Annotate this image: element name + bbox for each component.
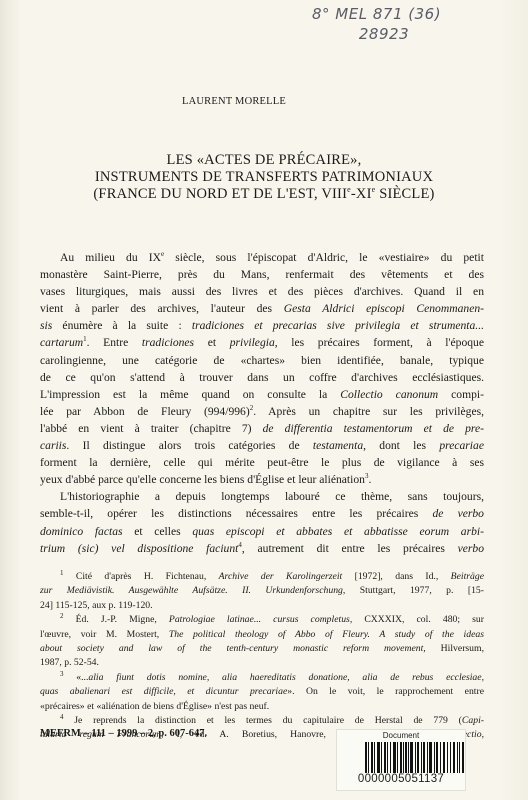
italic-text: quas abalienari est difficile, et dicunt… [40, 686, 287, 697]
italic-text: testamenta [313, 439, 363, 452]
italic-text: Patrologiae latinae... cursus completus [169, 614, 350, 625]
italic-text: dominico factas [40, 525, 123, 538]
author-name: LAURENT MORELLE [182, 96, 286, 107]
text-span: L'impression est la même quand on consul… [40, 388, 340, 401]
text-span: . Après un chapitre sur les privilèges, [253, 405, 484, 418]
text-line: L'historiographie a depuis longtemps lab… [40, 488, 484, 505]
body-text: Au milieu du IXe siècle, sous l'épiscopa… [40, 249, 484, 557]
italic-text: de differentia testamentorum et de pre- [263, 422, 484, 435]
title-line-1: LES «ACTES DE PRÉCAIRE», [60, 152, 468, 169]
italic-text: precariae [439, 439, 484, 452]
text-span: énumère à la suite : [52, 319, 192, 332]
barcode-number: 0000005051137 [337, 773, 465, 785]
text-line: l'abbé en vient à traiter (chapitre 7) d… [40, 420, 484, 437]
text-span: l'œuvre, voir M. Mostert, The political … [40, 628, 484, 642]
text-span: compi- [438, 388, 484, 401]
text-span: Éd. J.-P. Migne, [76, 614, 169, 625]
text-line: semble-t-il, opérer les distinctions néc… [40, 505, 484, 522]
italic-text: tradiciones [142, 336, 194, 349]
text-line: carolingienne, une catégorie de «chartes… [40, 352, 484, 369]
italic-text: tradiciones et precarias sive privilegia… [192, 319, 484, 332]
text-span: l'œuvre, voir M. Mostert, [40, 629, 169, 640]
text-span: (FRANCE DU NORD ET DE L'EST, VIII [93, 186, 347, 202]
text-span: quas abalienari est difficile, et dicunt… [40, 685, 484, 699]
italic-text: sis [40, 319, 52, 332]
text-span: , dont les [363, 439, 439, 452]
text-line: cariis. Il distingue alors trois catégor… [40, 437, 484, 454]
text-span: zur Mediävistik. Ausgewählte Aufsätze. I… [40, 584, 484, 598]
text-span: vient à parler des archives, l'auteur de… [40, 302, 284, 315]
text-line: trium (sic) vel dispositione faciunt4, a… [40, 540, 484, 557]
text-span: , autrement dit entre les précaires [242, 542, 458, 555]
italic-text: Beiträge [451, 571, 484, 582]
text-span: «... [76, 672, 88, 683]
superscript: 3 [60, 670, 64, 678]
italic-text: trium (sic) vel dispositione faciunt [40, 542, 238, 555]
title-line-3: (FRANCE DU NORD ET DE L'EST, VIIIe-XIe S… [60, 186, 468, 203]
text-span: . [368, 473, 371, 486]
scanned-page: 8° MEL 871 (36) 28923 LAURENT MORELLE LE… [0, 0, 528, 800]
text-line: yeux d'abbé parce qu'elle concerne les b… [40, 471, 484, 488]
italic-text: verbo [458, 542, 484, 555]
italic-text: Archive der Karolingerzeit [219, 571, 343, 582]
text-span: 4 Je reprends la distinction et les term… [40, 714, 484, 728]
journal-reference: MEFRM – 111 – 1999 – 2, p. 607-647. [40, 728, 207, 739]
superscript: 2 [60, 612, 64, 620]
text-span: Au milieu du IX [60, 251, 161, 264]
italic-text: cariis [40, 439, 66, 452]
italic-text: alia fiunt dotis nomine, alia haereditat… [88, 672, 484, 683]
text-span: siècle, sous l'épiscopat d'Aldric, le «v… [164, 251, 484, 264]
italic-text: cartarum [40, 336, 83, 349]
superscript: 4 [60, 713, 64, 721]
italic-text: Collectio canonum [340, 388, 438, 401]
text-span: 1 Cité d'après H. Fichtenau, Archive der… [40, 570, 484, 584]
italic-text: Gesta Aldrici episcopi Cenommanen- [284, 302, 484, 315]
text-span: about society and law of the tenth-centu… [40, 642, 484, 656]
shelfmark-line-1: 8° MEL 871 (36) [312, 4, 452, 24]
text-line: vient à parler des archives, l'auteur de… [40, 300, 484, 317]
title-line-2: INSTRUMENTS DE TRANSFERTS PATRIMONIAUX [60, 169, 468, 186]
superscript: 1 [60, 569, 64, 577]
text-span: l'abbé en vient à traiter (chapitre 7) [40, 422, 263, 435]
text-line: L'impression est la même quand on consul… [40, 386, 484, 403]
paragraph-1: Au milieu du IXe siècle, sous l'épiscopa… [40, 249, 484, 488]
text-line: cartarum1. Entre tradiciones et privileg… [40, 334, 484, 351]
text-span: , Stuttgart, 1977, p. [15- [343, 585, 484, 596]
italic-text: Capi- [462, 715, 484, 726]
italic-text: de verbo [432, 507, 484, 520]
italic-text: zur Mediävistik. Ausgewählte Aufsätze. I… [40, 585, 343, 596]
text-span: lée par Abbon de Fleury (994/996) [40, 405, 250, 418]
text-line: dominico factas et celles quas episcopi … [40, 523, 484, 540]
footnote-2: 2 Éd. J.-P. Migne, Patrologiae latinae..… [40, 613, 484, 671]
text-span: SIÈCLE) [375, 186, 434, 202]
handwritten-shelfmark: 8° MEL 871 (36) 28923 [312, 4, 452, 44]
italic-text: about society and law of the tenth-centu… [40, 643, 423, 654]
text-line: lée par Abbon de Fleury (994/996)2. Aprè… [40, 403, 484, 420]
text-span: et [194, 336, 230, 349]
text-line: monastère Saint-Pierre, près du Mans, re… [40, 266, 484, 283]
text-span: et celles [123, 525, 193, 538]
article-title: LES «ACTES DE PRÉCAIRE», INSTRUMENTS DE … [60, 152, 468, 203]
text-span: 2 Éd. J.-P. Migne, Patrologiae latinae..… [40, 613, 484, 627]
text-span: Je reprends la distinction et les termes… [74, 715, 462, 726]
text-span: ». On le voit, le rapprochement entre [287, 686, 484, 697]
text-span: semble-t-il, opérer les distinctions néc… [40, 507, 432, 520]
text-line: forment la dernière, celle qui mérite pe… [40, 454, 484, 471]
barcode-icon [365, 742, 473, 773]
text-span: Cité d'après H. Fichtenau, [76, 571, 219, 582]
text-span: -XI [351, 186, 372, 202]
shelfmark-line-2: 28923 [312, 24, 452, 44]
text-span: , Hilversum, [423, 643, 484, 654]
text-span: yeux d'abbé parce qu'elle concerne les b… [40, 473, 365, 486]
italic-text: quas episcopi et abbates et abbatisse eo… [192, 525, 484, 538]
barcode-label: Document 0000005051137 [336, 729, 466, 791]
text-span: , CXXXIX, col. 480; sur [350, 614, 484, 625]
text-span: . Il distingue alors trois catégories de [66, 439, 312, 452]
text-span: , les précaires forment, à l'époque [275, 336, 484, 349]
barcode-caption: Document [337, 731, 465, 740]
italic-text: The political theology of Abbo of Fleury… [169, 629, 484, 640]
text-line: sis énumère à la suite : tradiciones et … [40, 317, 484, 334]
text-line: de ce qu'on s'attend à trouver dans un c… [40, 369, 484, 386]
text-span: , [482, 729, 484, 740]
text-span: «précaires» et «aliénation de biens d'Ég… [40, 700, 484, 714]
text-line: Au milieu du IXe siècle, sous l'épiscopa… [40, 249, 484, 266]
paragraph-2: L'historiographie a depuis longtemps lab… [40, 488, 484, 556]
footnote-1: 1 Cité d'après H. Fichtenau, Archive der… [40, 570, 484, 613]
text-span: 3 «...alia fiunt dotis nomine, alia haer… [40, 671, 484, 685]
italic-text: privilegia [230, 336, 275, 349]
text-span: 24] 115-125, aux p. 119-120. [40, 599, 484, 613]
footnote-3: 3 «...alia fiunt dotis nomine, alia haer… [40, 671, 484, 714]
text-line: vases liturgiques, mais aussi des livres… [40, 283, 484, 300]
footnotes: 1 Cité d'après H. Fichtenau, Archive der… [40, 570, 484, 743]
text-span: . Entre [87, 336, 142, 349]
text-span: [1972], dans Id., [342, 571, 450, 582]
text-span: 1987, p. 52-54. [40, 656, 484, 670]
